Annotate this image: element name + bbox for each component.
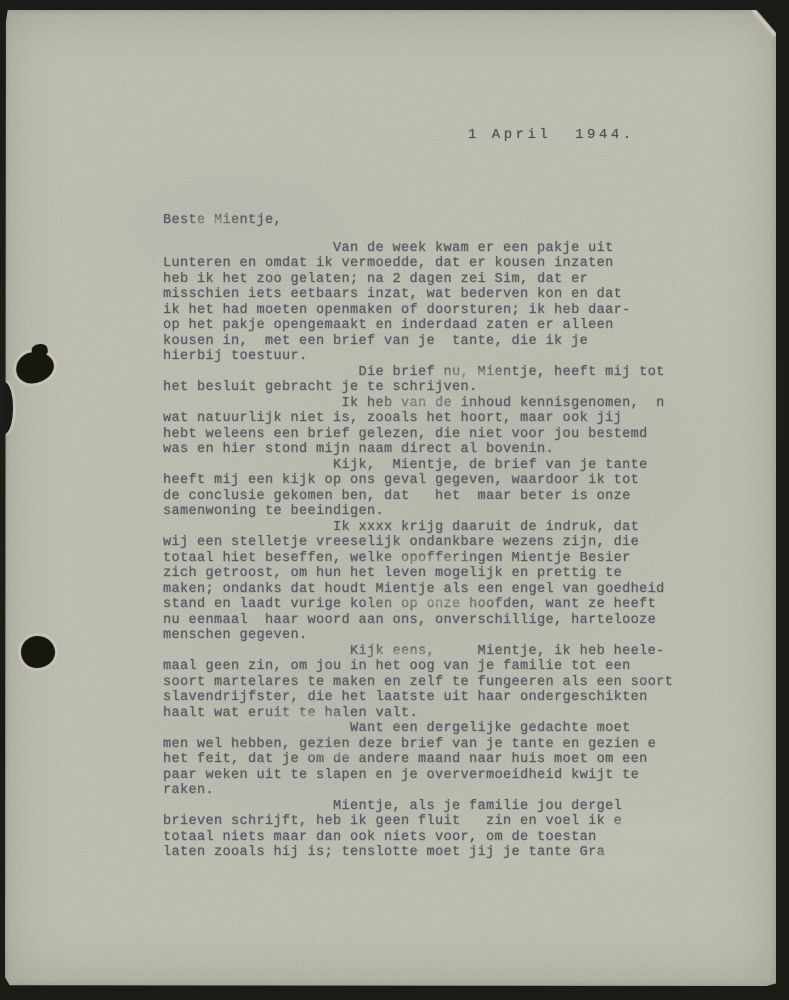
letter-paragraph: Van de week kwam er een pakje uitLuntere… bbox=[163, 241, 673, 365]
letter-line: nu eenmaal haar woord aan ons, onverschi… bbox=[163, 613, 673, 629]
letter-paragraph: Kijk eens, Mientje, ik heb heele-maal ge… bbox=[163, 644, 673, 722]
letter-line: totaal niets maar dan ook niets voor, om… bbox=[163, 830, 673, 846]
letter-line: heeft mij een kijk op ons geval gegeven,… bbox=[163, 473, 673, 489]
letter-line: Van de week kwam er een pakje uit bbox=[163, 241, 673, 257]
letter-line: laten zooals hij is; tenslotte moet jij … bbox=[163, 845, 673, 861]
letter-line: Lunteren en omdat ik vermoedde, dat er k… bbox=[163, 256, 673, 272]
letter-greeting: Beste Mientje, bbox=[163, 213, 673, 229]
letter-line: paar weken uit te slapen en je oververmo… bbox=[163, 768, 673, 784]
torn-hole-upper bbox=[14, 350, 56, 386]
letter-line: was en hier stond mijn naam direct al bo… bbox=[163, 442, 673, 458]
letter-line: stand en laadt vurige kolen op onze hoof… bbox=[163, 597, 673, 613]
letter-line: Kijk, Mientje, de brief van je tante bbox=[163, 458, 673, 474]
letter-line: heb ik het zoo gelaten; na 2 dagen zei S… bbox=[163, 272, 673, 288]
letter-line: hierbij toestuur. bbox=[163, 349, 673, 365]
letter-line: maken; ondanks dat houdt Mientje als een… bbox=[163, 582, 673, 598]
letter-line: kousen in, met een brief van je tante, d… bbox=[163, 334, 673, 350]
letter-line: slavendrijfster, die het laatste uit haa… bbox=[163, 690, 673, 706]
scan-background: 1 April 1944. Beste Mientje, Van de week… bbox=[0, 0, 789, 1000]
letter-line: Mientje, als je familie jou dergel bbox=[163, 799, 673, 815]
left-edge-notch bbox=[0, 382, 13, 434]
letter-line: wat natuurlijk niet is, zooals het hoort… bbox=[163, 411, 673, 427]
letter-line: hebt weleens een brief gelezen, die niet… bbox=[163, 427, 673, 443]
letter-line: raken. bbox=[163, 783, 673, 799]
letter-line: het feit, dat je om de andere maand naar… bbox=[163, 752, 673, 768]
letter-line: wij een stelletje vreeselijk ondankbare … bbox=[163, 535, 673, 551]
letter-line: Ik heb van de inhoud kennisgenomen, n bbox=[163, 396, 673, 412]
letter-line: menschen gegeven. bbox=[163, 628, 673, 644]
folded-corner-edge bbox=[750, 9, 776, 38]
letter-paragraph: Mientje, als je familie jou dergelbrieve… bbox=[163, 799, 673, 861]
letter-line: men wel hebben, gezien deze brief van je… bbox=[163, 737, 673, 753]
letter-line: Want een dergelijke gedachte moet bbox=[163, 721, 673, 737]
letter-line: Ik xxxx krijg daaruit de indruk, dat bbox=[163, 520, 673, 536]
letter-date: 1 April 1944. bbox=[468, 127, 635, 143]
letter-line: samenwoning te beeindigen. bbox=[163, 504, 673, 520]
letter-line: maal geen zin, om jou in het oog van je … bbox=[163, 659, 673, 675]
letter-line: ik het had moeten openmaken of doorsture… bbox=[163, 303, 673, 319]
letter-line: Kijk eens, Mientje, ik heb heele- bbox=[163, 644, 673, 660]
letter-paragraph: Ik heb van de inhoud kennisgenomen, nwat… bbox=[163, 396, 673, 458]
letter-line: misschien iets eetbaars inzat, wat beder… bbox=[163, 287, 673, 303]
letter-paragraph: Die brief nu, Mientje, heeft mij tothet … bbox=[163, 365, 673, 396]
letter-line: zich getroost, om hun het leven mogelijk… bbox=[163, 566, 673, 582]
letter-line: het besluit gebracht je te schrijven. bbox=[163, 380, 673, 396]
letter-paragraph: Ik xxxx krijg daaruit de indruk, datwij … bbox=[163, 520, 673, 644]
letter-body: Beste Mientje, Van de week kwam er een p… bbox=[163, 213, 673, 861]
letter-line: brieven schrijft, heb ik geen fluit zin … bbox=[163, 814, 673, 830]
letter-paragraph: Want een dergelijke gedachte moetmen wel… bbox=[163, 721, 673, 799]
letter-line: totaal hiet beseffen, welke opofferingen… bbox=[163, 551, 673, 567]
letter-line: soort martelares te maken en zelf te fun… bbox=[163, 675, 673, 691]
letter-page: 1 April 1944. Beste Mientje, Van de week… bbox=[5, 10, 776, 986]
letter-paragraph: Kijk, Mientje, de brief van je tanteheef… bbox=[163, 458, 673, 520]
torn-hole-lower bbox=[21, 636, 55, 668]
letter-line: de conclusie gekomen ben, dat het maar b… bbox=[163, 489, 673, 505]
letter-line: op het pakje opengemaakt en inderdaad za… bbox=[163, 318, 673, 334]
letter-line: Die brief nu, Mientje, heeft mij tot bbox=[163, 365, 673, 381]
letter-line: haalt wat eruit te halen valt. bbox=[163, 706, 673, 722]
